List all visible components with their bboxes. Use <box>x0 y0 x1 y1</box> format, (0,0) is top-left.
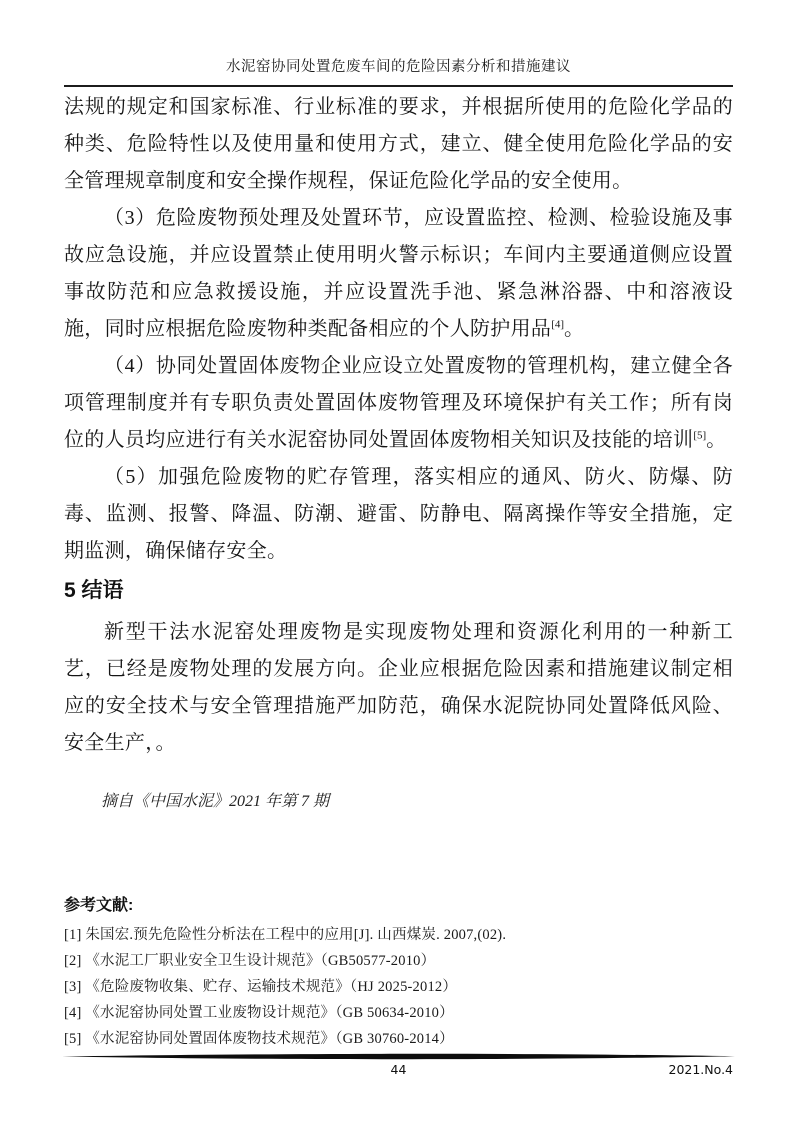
section-heading-conclusion: 5 结语 <box>64 577 733 605</box>
paragraph-tail: 。 <box>706 429 726 451</box>
body-paragraph: （4）协同处置固体废物企业应设立处置废物的管理机构，建立健全各项管理制度并有专职… <box>64 348 733 459</box>
header-rule <box>64 85 733 87</box>
paragraph-text: （3）危险废物预处理及处置环节，应设置监控、检测、检验设施及事故应急设施，并应设… <box>64 207 733 340</box>
body-paragraph: 法规的规定和国家标准、行业标准的要求，并根据所使用的危险化学品的种类、危险特性以… <box>64 89 733 200</box>
footer-rule <box>62 1053 735 1060</box>
reference-item: [4] 《水泥窑协同处置工业废物设计规范》（GB 50634-2010） <box>64 1000 733 1026</box>
footer-row: 44 2021.No.4 <box>62 1062 735 1080</box>
conclusion-section: 5 结语 新型干法水泥窑处理废物是实现废物处理和资源化利用的一种新工艺，已经是废… <box>64 577 733 813</box>
reference-item: [5] 《水泥窑协同处置固体废物技术规范》（GB 30760-2014） <box>64 1026 733 1052</box>
page-footer: 44 2021.No.4 <box>62 1053 735 1080</box>
conclusion-paragraph: 新型干法水泥窑处理废物是实现废物处理和资源化利用的一种新工艺，已经是废物处理的发… <box>64 614 733 762</box>
issue-label: 2021.No.4 <box>669 1062 734 1077</box>
page-number: 44 <box>391 1062 407 1077</box>
paragraph-text: 新型干法水泥窑处理废物是实现废物处理和资源化利用的一种新工艺，已经是废物处理的发… <box>64 621 733 754</box>
citation-superscript: [5] <box>693 429 706 441</box>
reference-item: [2] 《水泥工厂职业安全卫生设计规范》（GB50577-2010） <box>64 948 733 974</box>
document-page: 水泥窑协同处置危废车间的危险因素分析和措施建议 法规的规定和国家标准、行业标准的… <box>0 0 793 1122</box>
body-text: 法规的规定和国家标准、行业标准的要求，并根据所使用的危险化学品的种类、危险特性以… <box>64 89 733 570</box>
citation-superscript: [4] <box>551 318 564 330</box>
paragraph-text: 法规的规定和国家标准、行业标准的要求，并根据所使用的危险化学品的种类、危险特性以… <box>64 96 733 192</box>
paragraph-text: （5）加强危险废物的贮存管理，落实相应的通风、防火、防爆、防毒、监测、报警、降温… <box>64 466 733 562</box>
paragraph-text: （4）协同处置固体废物企业应设立处置废物的管理机构，建立健全各项管理制度并有专职… <box>64 355 733 451</box>
references-section: 参考文献: [1] 朱国宏.预先危险性分析法在工程中的应用[J]. 山西煤炭. … <box>64 895 733 1052</box>
references-heading: 参考文献: <box>64 895 733 917</box>
paragraph-tail: 。 <box>564 318 584 340</box>
reference-item: [1] 朱国宏.预先危险性分析法在工程中的应用[J]. 山西煤炭. 2007,(… <box>64 922 733 948</box>
body-paragraph: （5）加强危险废物的贮存管理，落实相应的通风、防火、防爆、防毒、监测、报警、降温… <box>64 459 733 570</box>
source-attribution: 摘自《中国水泥》2021 年第 7 期 <box>64 791 733 813</box>
body-paragraph: （3）危险废物预处理及处置环节，应设置监控、检测、检验设施及事故应急设施，并应设… <box>64 200 733 348</box>
page-header: 水泥窑协同处置危废车间的危险因素分析和措施建议 <box>64 0 733 87</box>
running-header-title: 水泥窑协同处置危废车间的危险因素分析和措施建议 <box>64 0 733 77</box>
reference-item: [3] 《危险废物收集、贮存、运输技术规范》（HJ 2025-2012） <box>64 974 733 1000</box>
